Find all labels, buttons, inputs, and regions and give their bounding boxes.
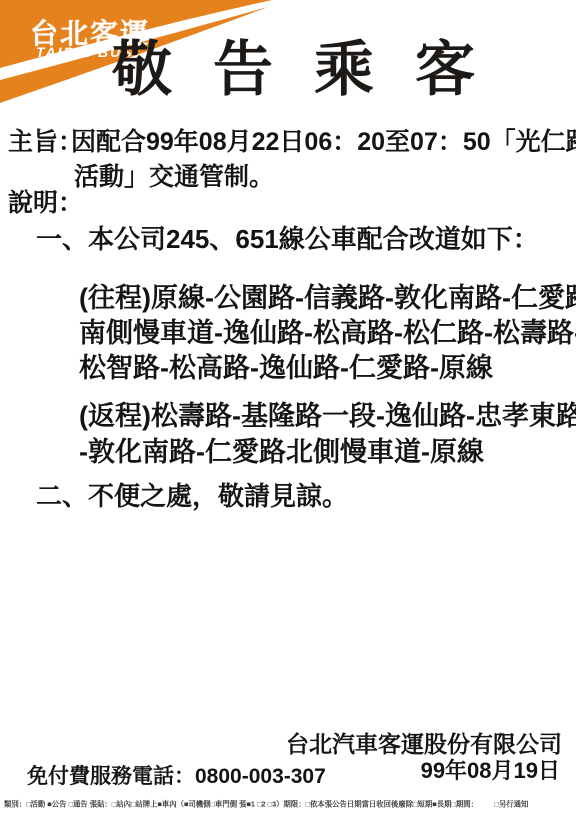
page-title: 敬告乘客 — [112, 22, 516, 108]
subject-text-line2: 活動」交通管制。 — [74, 157, 274, 193]
explanation-label: 說明： — [8, 183, 83, 219]
explanation-item-2: 二、不便之處，敬請見諒。 — [36, 476, 348, 513]
outbound-route-line: 松智路-松高路-逸仙路-仁愛路-原線 — [79, 351, 576, 386]
subject-text-line1: 因配合99年08月22日06：20至07：50「光仁路跑 — [71, 122, 576, 158]
service-phone: 免付費服務電話：0800-003-307 — [27, 760, 326, 790]
service-phone-label: 免付費服務電話： — [27, 765, 195, 788]
fine-print-right: □另行通知 — [495, 799, 529, 809]
fine-print-left: 類別：□活動 ■公告 □通告 張貼：□站內□站牌上■車內（■司機側□車門側 張■… — [4, 799, 478, 809]
return-route-paragraph: (返程)松壽路-基隆路一段-逸仙路-忠孝東路 -敦化南路-仁愛路北側慢車道-原線 — [79, 398, 576, 470]
outbound-route-paragraph: (往程)原線-公園路-信義路-敦化南路-仁愛路 南側慢車道-逸仙路-松高路-松仁… — [79, 281, 576, 386]
return-route-line: -敦化南路-仁愛路北側慢車道-原線 — [79, 434, 576, 470]
outbound-route-line: 南側慢車道-逸仙路-松高路-松仁路-松壽路- — [79, 316, 576, 351]
notice-date: 99年08月19日 — [421, 754, 560, 785]
notice-page: 台北客運 TAIPEI BUS 敬告乘客 主旨： 因配合99年08月22日06：… — [0, 0, 576, 814]
return-route-line: (返程)松壽路-基隆路一段-逸仙路-忠孝東路 — [79, 398, 576, 434]
classification-fine-print: 類別：□活動 ■公告 □通告 張貼：□站內□站牌上■車內（■司機側□車門側 張■… — [4, 799, 528, 809]
outbound-route-line: (往程)原線-公園路-信義路-敦化南路-仁愛路 — [79, 281, 576, 316]
service-phone-number: 0800-003-307 — [195, 765, 326, 788]
explanation-item-1: 一、本公司245、651線公車配合改道如下： — [36, 219, 539, 256]
